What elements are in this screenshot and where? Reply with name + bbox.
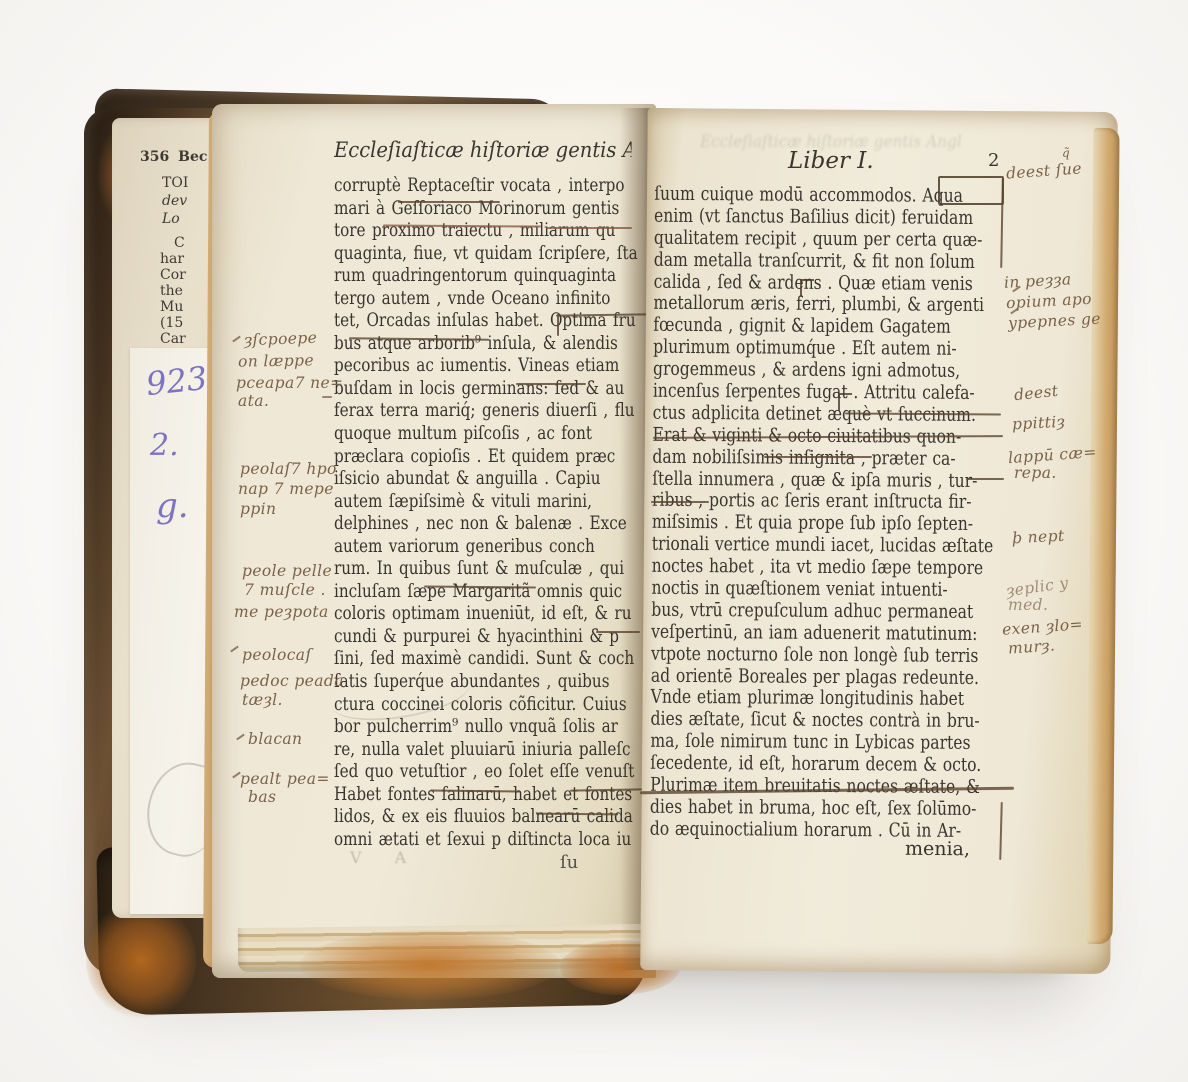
text-line: coloris optimam inueniūt, id eſt, & ru	[334, 602, 585, 625]
text-line: quoque multum piſcoſis , ac font	[334, 422, 585, 445]
marginal-gloss: tæȝl.	[242, 691, 283, 709]
text-line: noctes habet , ita vt medio ſæpe tempore	[652, 555, 957, 579]
text-line: dies æſtate, ſicut & noctes contrà in br…	[650, 708, 955, 732]
text-line: ſuum cuique modū accommodos. Aqua	[654, 183, 959, 207]
marginal-gloss: þ nept	[1012, 527, 1065, 548]
marginal-gloss: pedoc peada	[240, 672, 344, 690]
ink-box-around-aqua	[938, 176, 1004, 205]
text-line: quaginta, fiue, vt quidam ſcripſere, ſta	[334, 242, 585, 265]
marginal-gloss: peolaſ7 hpo	[240, 460, 337, 478]
text-line: lidos, & ex eis fluuios balnearū calida	[334, 805, 585, 828]
text-line: cundi & purpurei & hyacinthini & p	[334, 625, 585, 648]
text-line: qualitatem recipit , quum per certa quæ-	[654, 226, 959, 250]
text-line: autem ſæpiſsimè & vituli marini,	[334, 490, 585, 513]
ink-corner-bracket	[800, 279, 814, 297]
text-line: Vnde etiam plurimæ longitudinis habet	[651, 686, 956, 710]
text-line: ferax terra mariq́; generis diuerſi , fl…	[334, 399, 585, 422]
text-line: miſsimis . Et quia prope ſub ipſo ſepten…	[652, 511, 957, 535]
text-line: ſini, ſed maximè candidi. Sunt & coch	[334, 647, 585, 670]
marginal-gloss: ata.	[238, 392, 269, 410]
text-line: autem variorum generibus conch	[334, 535, 585, 558]
slip-line: har	[160, 252, 184, 267]
marginal-gloss: bas	[248, 788, 276, 806]
text-line: fœcunda , gignit & lapidem Gagatem	[653, 314, 958, 338]
slip-line: Car	[160, 332, 186, 347]
marginal-gloss: pceapa7 ne=	[236, 374, 344, 392]
marginal-gloss: peole pelle	[242, 562, 332, 580]
text-line: ſtella innumera , quæ & ipſa muris , tur…	[652, 467, 957, 491]
text-line: dam metalla tranſcurrit, & fit non ſolum	[654, 248, 959, 272]
marginal-gloss: pealt pea=	[240, 770, 330, 788]
text-line: rum. In quibus ſunt & muſculæ , qui	[334, 557, 585, 580]
page-number: 2	[988, 150, 999, 171]
marginal-gloss: ppittiȝ	[1012, 413, 1066, 434]
marginal-gloss: ppin	[240, 500, 276, 518]
right-running-header: Liber I.	[788, 148, 928, 174]
left-running-header: Eccleſiaſticæ hiſtoriæ gentis Anglor	[334, 138, 632, 162]
leather-wear-rust-patch	[86, 900, 196, 1020]
right-catchword: menia,	[905, 838, 970, 860]
text-line: ſecedente, id eſt, horarum decem & octo.	[650, 752, 955, 776]
slip-line: Lo	[162, 212, 180, 227]
marginal-gloss: murȝ.	[1007, 636, 1055, 657]
left-catchword: ſu	[560, 852, 578, 873]
marginal-gloss: me peȝpota	[234, 603, 329, 621]
text-line: tet, Orcadas inſulas habet. Optima fru	[334, 309, 585, 332]
text-line: ad orientē Boreales per plagas redeunte.	[651, 664, 956, 688]
text-line: buſdam in locis germinans: ſed & au	[334, 377, 585, 400]
marginal-gloss: in peȝȝa	[1004, 270, 1072, 292]
text-line: grogemmeus , & ardens igni admotus,	[653, 358, 958, 382]
signature-show-through: V A	[350, 848, 420, 867]
text-line: tore proximo traiectu , miliarum qu	[334, 219, 585, 242]
marginal-gloss: q̃	[1062, 146, 1070, 160]
text-line: rum quadringentorum quinquaginta	[334, 264, 585, 287]
slip-heading-word: Bec	[178, 149, 207, 165]
marginal-gloss: repa.	[1014, 464, 1057, 482]
text-line: pecoribus ac iumentis. Vineas etiam	[334, 354, 585, 377]
right-page-text-block: ſuum cuique modū accommodos. Aqua enim (…	[650, 183, 1027, 846]
blue-pencil-note: 923	[144, 359, 209, 403]
text-line: noctis in quæſtionem veniat intuenti-	[651, 577, 956, 601]
marginal-gloss: nap 7 mepe	[238, 480, 334, 498]
text-line: mari à Geſſoriaco Morinorum gentis	[334, 197, 585, 220]
text-line: Habet fontes ſalinarū, habet et fontes	[334, 783, 585, 806]
text-line: plurimum optimumq́ue . Eſt autem ni-	[653, 336, 958, 360]
slip-line: TOI	[162, 176, 188, 191]
text-line: tergo autem , vnde Oceano infinito	[334, 287, 585, 310]
slip-line: the	[160, 284, 183, 299]
text-line: Plurimæ item breuitatis noctes æſtate, &	[650, 774, 955, 798]
text-line: ſed quo vetuſtior , eo ſolet eſſe venuſt	[334, 760, 585, 783]
slip-lot-number: 356	[140, 149, 169, 165]
text-line: bus atque arborib⁹ inſula, & alendis	[334, 332, 585, 355]
marginal-gloss: blacan	[248, 730, 302, 748]
text-line: veſpertinū, an iam aduenerit matutinum:	[651, 621, 956, 645]
text-line: enim (vt ſanctus Baſilius dicit) feruida…	[654, 205, 959, 229]
text-line: bus, vtrū crepuſculum adhuc permaneat	[651, 599, 956, 623]
text-line: præclara copioſis . Et quidem præc	[334, 445, 585, 468]
slip-line: C	[174, 236, 185, 251]
blue-pencil-note: g.	[156, 486, 189, 526]
marginal-gloss: 7 muſcle .	[244, 581, 326, 599]
slip-line: dev	[162, 194, 187, 209]
text-line: dies habet in bruma, hoc eſt, ſex ſolūmo…	[650, 796, 955, 820]
ink-corner-bracket	[838, 393, 852, 411]
text-line: ma, ſole nimirum tunc in Lybicas partes	[650, 730, 955, 754]
marginal-gloss: peolocaſ	[242, 646, 312, 664]
text-line: incenſus ſerpentes fugat . Attritu calef…	[653, 380, 958, 404]
text-line: re, nulla valet pluuiarū iniuria palleſc	[334, 738, 585, 761]
text-line: corruptè Reptaceſtir vocata , interpo	[334, 174, 585, 197]
marginal-gloss: ȝſcpoepe	[244, 329, 318, 350]
leather-wear-rust-patch	[300, 930, 560, 1000]
marginal-gloss: on læppe	[238, 351, 314, 370]
blue-pencil-note: 2.	[150, 428, 179, 463]
text-line: incluſam ſæpe Margaritã omnis quic	[334, 580, 585, 603]
slip-line: Cor	[160, 268, 186, 283]
text-line: delphines , nec non & balenæ . Exce	[334, 512, 585, 535]
slip-line: Mu	[160, 300, 183, 315]
text-line: trionali vertice mundi iacet, lucidas æſ…	[652, 533, 957, 557]
left-page-text-block: corruptè Reptaceſtir vocata , interpo ma…	[334, 174, 648, 862]
slip-heading: 356 Bec	[140, 150, 207, 165]
text-line: vtpote nocturno ſole non longè ſub terri…	[651, 642, 956, 666]
marginal-gloss: med.	[1008, 596, 1048, 614]
slip-line: (15	[160, 316, 183, 331]
text-line: iſsicio abundat & anguilla . Capiu	[334, 467, 585, 490]
